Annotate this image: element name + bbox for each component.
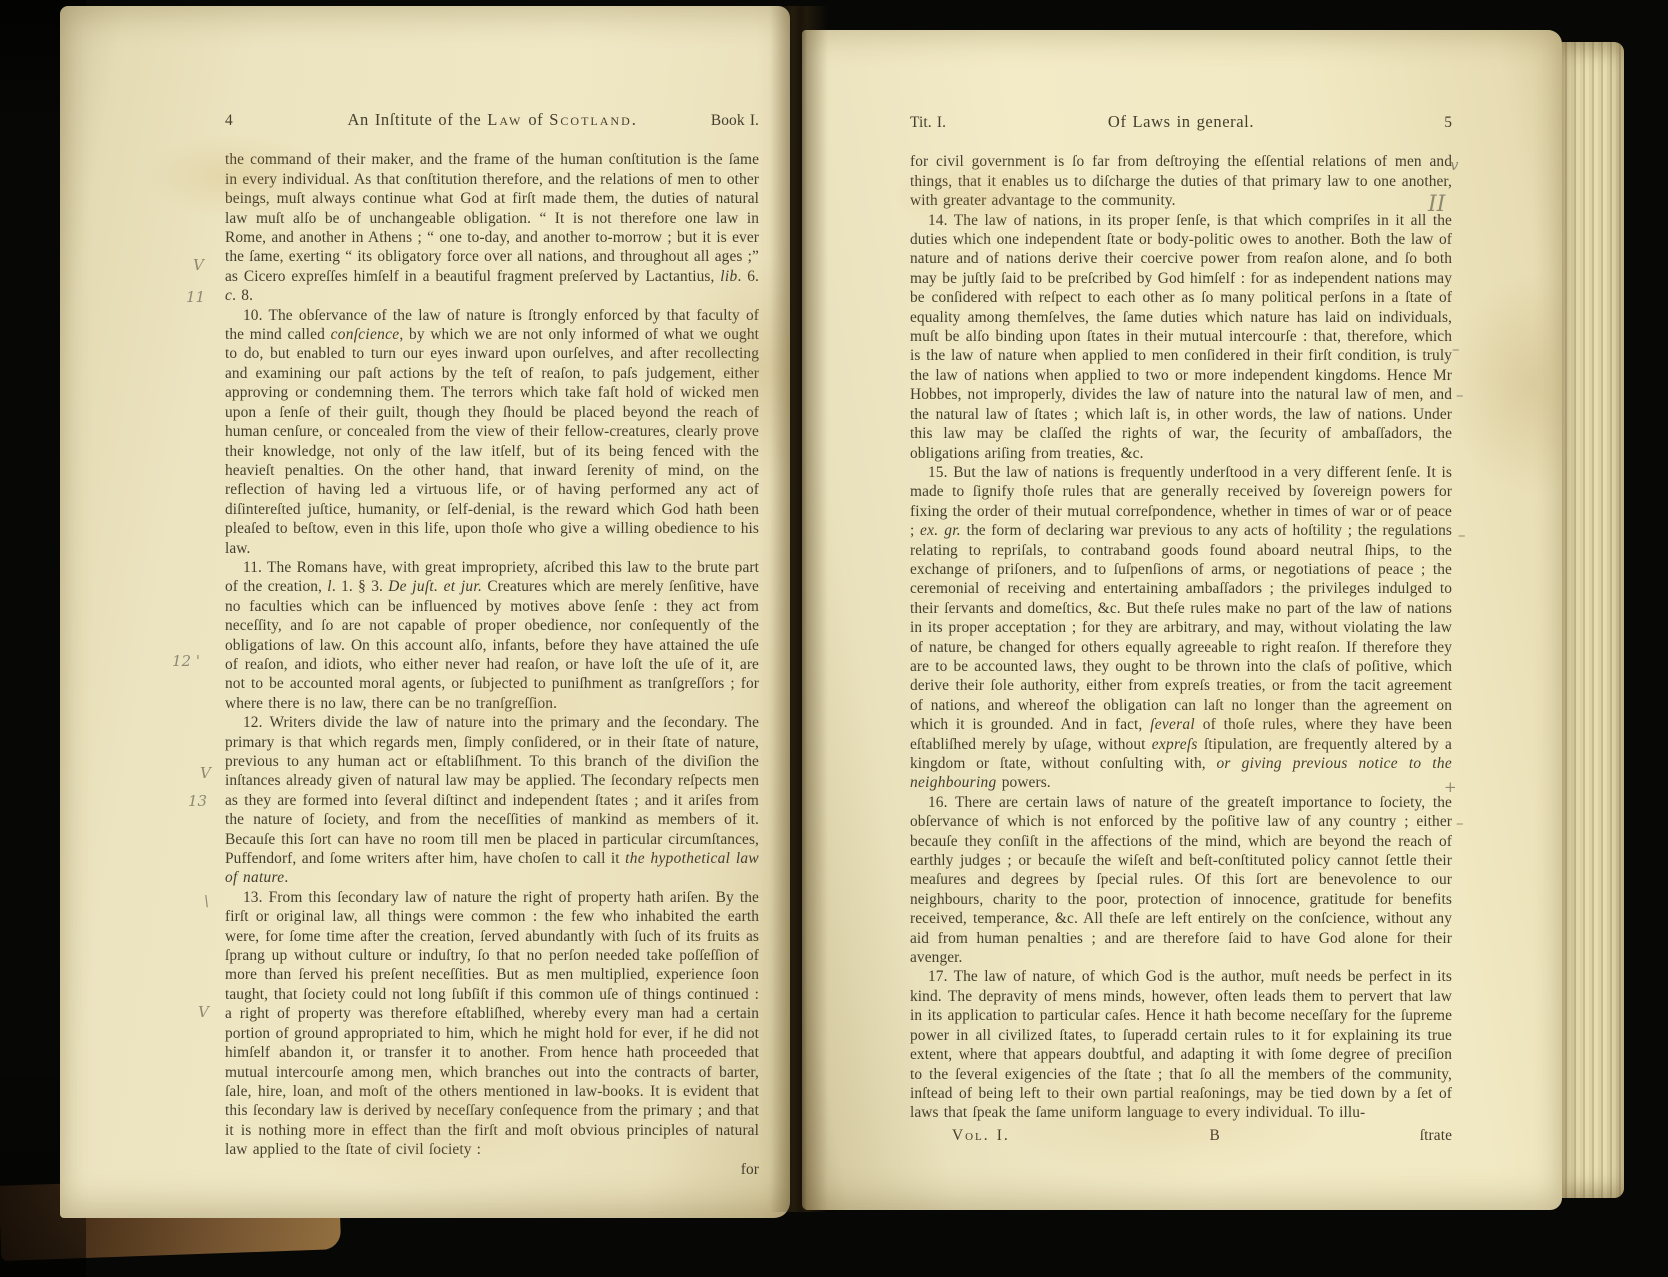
running-title-post: . [632,110,637,129]
paragraph: 17. The law of nature, of which God is t… [910,967,1452,1122]
volume-label: Vol. I. [952,1126,1010,1145]
signature-mark: B [1010,1126,1420,1145]
paragraph: 12. Writers divide the law of nature int… [225,713,759,888]
left-page: 4 An Inſtitute of the Law of Scotland. B… [60,6,790,1218]
left-page-text: 4 An Inſtitute of the Law of Scotland. B… [225,110,759,1179]
right-page-footer: Vol. I. B ſtrate [910,1126,1452,1145]
title-label: Tit. I. [910,113,998,132]
right-page-header: Tit. I. Of Laws in general. 5 [910,112,1452,132]
paragraph: 16. There are certain laws of nature of … [910,793,1452,968]
paragraph: 10. The obſervance of the law of nature … [225,306,759,558]
running-title-mid: of [522,110,549,129]
right-page: Tit. I. Of Laws in general. 5 for civil … [802,30,1562,1210]
page-number: 5 [1364,113,1452,132]
running-title-law: Law [487,110,522,129]
right-page-paragraphs: for civil government is ſo far from deſt… [910,152,1452,1122]
catchword: for [225,1160,759,1179]
paragraph: 11. The Romans have, with great impropri… [225,558,759,713]
page-edges [1562,42,1624,1198]
running-title-pre: An Inſtitute of the [348,110,488,129]
paragraph: the command of their maker, and the fram… [225,150,759,305]
right-page-text: Tit. I. Of Laws in general. 5 for civil … [910,112,1452,1145]
left-page-header: 4 An Inſtitute of the Law of Scotland. B… [225,110,759,130]
running-title: An Inſtitute of the Law of Scotland. [313,110,671,129]
paragraph: for civil government is ſo far from deſt… [910,152,1452,210]
book-label: Book I. [671,111,759,130]
book-scan: 4 An Inſtitute of the Law of Scotland. B… [0,0,1668,1277]
left-page-paragraphs: the command of their maker, and the fram… [225,150,759,1159]
running-title: Of Laws in general. [998,112,1364,131]
paragraph: 14. The law of nations, in its proper ſe… [910,211,1452,463]
page-number: 4 [225,111,313,130]
catchword: ſtrate [1420,1126,1452,1145]
running-title-scotland: Scotland [549,110,632,129]
paragraph: 15. But the law of nations is frequently… [910,463,1452,793]
paragraph: 13. From this ſecondary law of nature th… [225,888,759,1160]
